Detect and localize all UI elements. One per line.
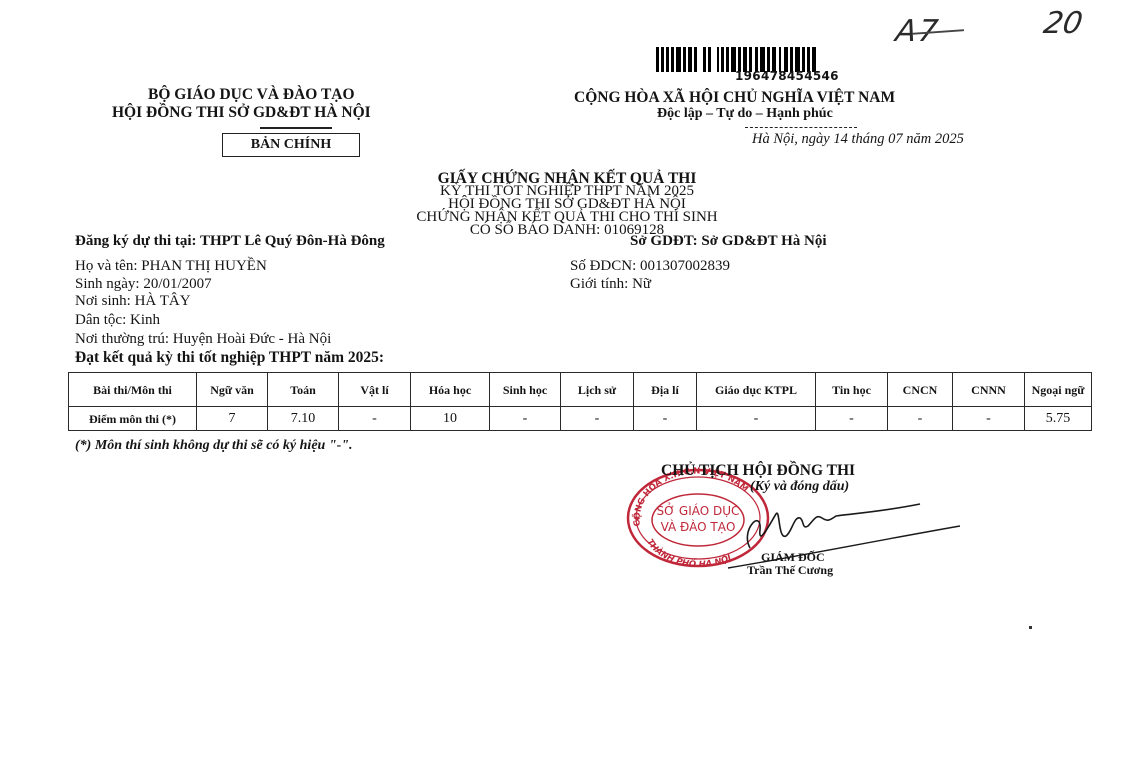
registration-place: Đăng ký dự thi tại: THPT Lê Quý Đôn-Hà Đ… [75, 233, 385, 250]
score-label-cell: Điểm môn thi (*) [69, 407, 197, 431]
sign-and-stamp-note: (Ký và đóng dấu) [750, 479, 849, 495]
original-copy-label: BẢN CHÍNH [222, 133, 360, 157]
candidate-dob: Sinh ngày: 20/01/2007 [75, 276, 212, 293]
signature-icon [720, 490, 970, 570]
score-row: Điểm môn thi (*) 77.10-10-------5.75 [69, 407, 1092, 431]
subject-score-cell: 10 [411, 407, 490, 431]
candidate-ethnicity: Dân tộc: Kinh [75, 312, 160, 329]
subject-score-cell: 7.10 [268, 407, 339, 431]
candidate-residence: Nơi thường trú: Huyện Hoài Đức - Hà Nội [75, 331, 331, 348]
scan-speck [1029, 626, 1032, 629]
republic-name: CỘNG HÒA XÃ HỘI CHỦ NGHĨA VIỆT NAM [574, 89, 895, 107]
registration-department: Sở GDĐT: Sở GD&ĐT Hà Nội [630, 233, 827, 250]
subject-header-cell: Ngữ văn [197, 373, 268, 407]
chairman-title: CHỦ TỊCH HỘI ĐỒNG THI [661, 462, 855, 480]
subject-score-cell: - [816, 407, 888, 431]
director-name: Trần Thế Cương [747, 563, 833, 578]
subject-header-cell: Toán [268, 373, 339, 407]
footnote: (*) Môn thí sinh không dự thi sẽ có ký h… [75, 438, 353, 454]
header-divider [260, 127, 332, 129]
subject-score-cell: - [339, 407, 411, 431]
motto-divider [745, 127, 857, 128]
subject-header-cell: Sinh học [490, 373, 561, 407]
candidate-id-number: Số ĐDCN: 001307002839 [570, 258, 730, 275]
subject-header-cell: Lịch sử [561, 373, 634, 407]
candidate-name: Họ và tên: PHAN THỊ HUYỀN [75, 258, 267, 275]
subject-score-cell: - [697, 407, 816, 431]
candidate-gender: Giới tính: Nữ [570, 276, 651, 293]
subject-header-cell: Giáo dục KTPL [697, 373, 816, 407]
issue-date: Hà Nội, ngày 14 tháng 07 năm 2025 [752, 131, 964, 148]
subject-header-cell: CNNN [953, 373, 1025, 407]
subject-header-cell: Ngoại ngữ [1025, 373, 1092, 407]
results-heading: Đạt kết quả kỳ thi tốt nghiệp THPT năm 2… [75, 349, 384, 367]
subject-header-cell: CNCN [888, 373, 953, 407]
barcode-number: 196478454546 [735, 69, 839, 83]
subject-header-cell: Vật lí [339, 373, 411, 407]
handwritten-mark-20: 20 [1041, 6, 1085, 41]
subject-header-cell: Tin học [816, 373, 888, 407]
subject-score-cell: 7 [197, 407, 268, 431]
scores-table: Bài thi/Môn thi Ngữ vănToánVật líHóa học… [68, 372, 1092, 431]
national-motto: Độc lập – Tự do – Hạnh phúc [657, 106, 833, 122]
subject-header-cell: Hóa học [411, 373, 490, 407]
subject-score-cell: 5.75 [1025, 407, 1092, 431]
candidate-birthplace: Nơi sinh: HÀ TÂY [75, 293, 191, 310]
subject-score-cell: - [634, 407, 697, 431]
subject-score-cell: - [888, 407, 953, 431]
exam-council-name: HỘI ĐỒNG THI SỞ GD&ĐT HÀ NỘI [112, 104, 371, 122]
subject-header-row: Bài thi/Môn thi Ngữ vănToánVật líHóa học… [69, 373, 1092, 407]
subject-header-cell: Địa lí [634, 373, 697, 407]
subject-score-cell: - [490, 407, 561, 431]
subject-score-cell: - [561, 407, 634, 431]
subject-score-cell: - [953, 407, 1025, 431]
svg-text:★: ★ [633, 514, 641, 524]
header-label-cell: Bài thi/Môn thi [69, 373, 197, 407]
ministry-name: BỘ GIÁO DỤC VÀ ĐÀO TẠO [148, 86, 355, 104]
